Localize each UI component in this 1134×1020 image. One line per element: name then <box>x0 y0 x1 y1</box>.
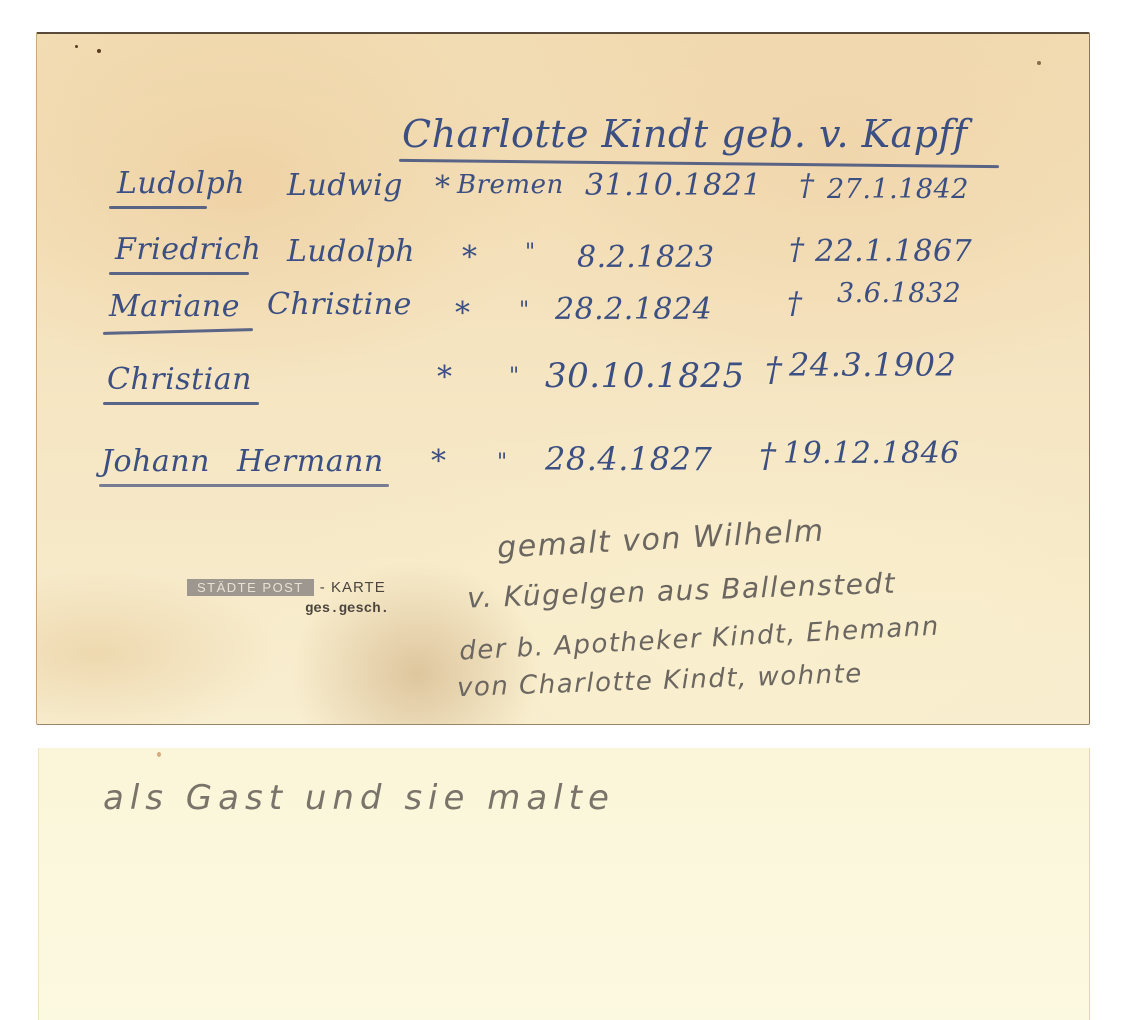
first-name-underline <box>109 206 207 209</box>
birth-date: 28.4.1827 <box>545 440 712 478</box>
death-date: 3.6.1832 <box>837 278 961 309</box>
death-marker: † <box>759 436 777 476</box>
birth-place: " <box>525 240 536 265</box>
birth-date: 30.10.1825 <box>545 356 745 396</box>
death-marker: † <box>765 350 783 390</box>
entry-first-name: Ludolph <box>117 166 245 201</box>
entry-first-name: Mariane <box>109 289 240 324</box>
foxing-spot <box>1037 61 1041 65</box>
birth-place: " <box>497 450 508 475</box>
entry-second-name: Christine <box>267 287 412 322</box>
birth-marker: * <box>437 360 453 395</box>
birth-date: 8.2.1823 <box>577 240 715 275</box>
postcard-stamp: STÄDTE POST - KARTE <box>187 579 386 596</box>
title-underline <box>399 159 999 168</box>
birth-marker: * <box>455 296 471 331</box>
first-name-underline <box>109 272 249 275</box>
postcard-front: Charlotte Kindt geb. v. Kapff Ludolph Lu… <box>36 32 1090 725</box>
birth-marker: * <box>462 240 478 275</box>
pencil-note-line: der b. Apotheker Kindt, Ehemann <box>459 611 941 666</box>
first-name-underline <box>99 484 389 487</box>
foxing-spot <box>157 752 161 757</box>
first-name-underline <box>103 328 253 335</box>
pencil-note-line: gemalt von Wilhelm <box>496 513 825 565</box>
birth-marker: * <box>431 444 447 479</box>
stamp-brand: STÄDTE POST <box>187 579 314 596</box>
death-date: 19.12.1846 <box>783 436 960 471</box>
entry-second-name: Ludolph <box>287 234 415 269</box>
foxing-spot <box>97 49 101 53</box>
back-pencil-note: als Gast und sie malte <box>103 778 615 818</box>
first-name-underline <box>103 402 259 405</box>
death-date: 24.3.1902 <box>789 346 956 384</box>
entry-second-name: Hermann <box>237 444 384 479</box>
death-date: 27.1.1842 <box>827 174 969 205</box>
stamp-karte: - KARTE <box>320 579 386 596</box>
pencil-note-line: von Charlotte Kindt, wohnte <box>457 659 864 703</box>
entry-first-name: Johann <box>101 444 210 479</box>
death-marker: † <box>799 168 815 203</box>
death-marker: † <box>787 286 803 321</box>
pencil-note-line: v. Kügelgen aus Ballenstedt <box>467 567 897 615</box>
birth-date: 28.2.1824 <box>555 292 712 327</box>
death-marker: † <box>789 232 805 267</box>
entry-first-name: Christian <box>107 362 252 397</box>
stamp-brand-text: STÄDTE POST <box>197 580 304 595</box>
document-title: Charlotte Kindt geb. v. Kapff <box>402 112 968 156</box>
birth-marker: * <box>435 170 451 205</box>
birth-date: 31.10.1821 <box>585 168 762 203</box>
foxing-spot <box>75 45 78 48</box>
entry-first-name: Friedrich <box>115 232 261 267</box>
birth-place: Bremen <box>457 170 564 200</box>
birth-place: " <box>519 298 530 323</box>
postcard-back: als Gast und sie malte <box>38 748 1090 1020</box>
entry-second-name: Ludwig <box>287 168 403 203</box>
birth-place: " <box>509 364 520 389</box>
stamp-note: ges.gesch. <box>305 601 389 617</box>
death-date: 22.1.1867 <box>815 234 972 269</box>
